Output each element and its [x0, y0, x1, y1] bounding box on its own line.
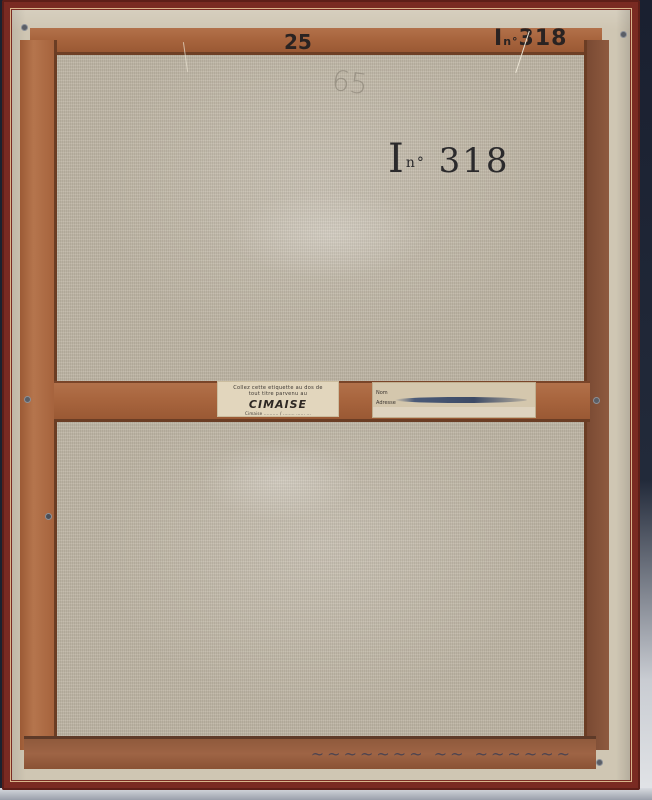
- inventory-number: 318: [439, 141, 510, 181]
- inventory-number-stretcher: In°318: [494, 26, 567, 51]
- inventory-bar-prefix: I: [494, 26, 503, 51]
- cimaise-label-brand: CIMAISE: [218, 398, 338, 411]
- tack-icon: [621, 32, 626, 37]
- tack-icon: [597, 760, 602, 765]
- stretcher-bar-left: [20, 40, 57, 750]
- label-torn-edge: [373, 407, 535, 417]
- bottom-bar-handwriting: ~~~~~~ ~~ ~~~~~~~: [100, 742, 570, 764]
- cimaise-label-line2: tout titre parvenu au: [218, 391, 338, 397]
- inventory-bar-sup: n°: [503, 35, 518, 48]
- tack-icon: [594, 398, 599, 403]
- cimaise-label-address: Cimaise .......... / ........ ...... ...: [218, 411, 338, 416]
- stretcher-number: 25: [284, 30, 312, 54]
- label-field-address: Adresse: [376, 400, 396, 406]
- cimaise-label: Collez cette etiquette au dos de tout ti…: [218, 382, 338, 416]
- canvas-light-reflection: [230, 190, 430, 280]
- inventory-number-canvas: In° 318: [388, 136, 510, 182]
- inventory-sup: n°: [406, 155, 426, 171]
- label-ink-stroke: [395, 397, 527, 403]
- label-field-name: Nom: [376, 390, 388, 396]
- background-wall: [640, 0, 652, 800]
- name-address-label: Nom Adresse: [373, 383, 535, 417]
- canvas-light-reflection-lower: [200, 440, 360, 520]
- pencil-number: 65: [330, 64, 370, 102]
- tack-icon: [22, 25, 27, 30]
- inventory-prefix: I: [388, 136, 406, 182]
- tack-icon: [46, 514, 51, 519]
- tack-icon: [25, 397, 30, 402]
